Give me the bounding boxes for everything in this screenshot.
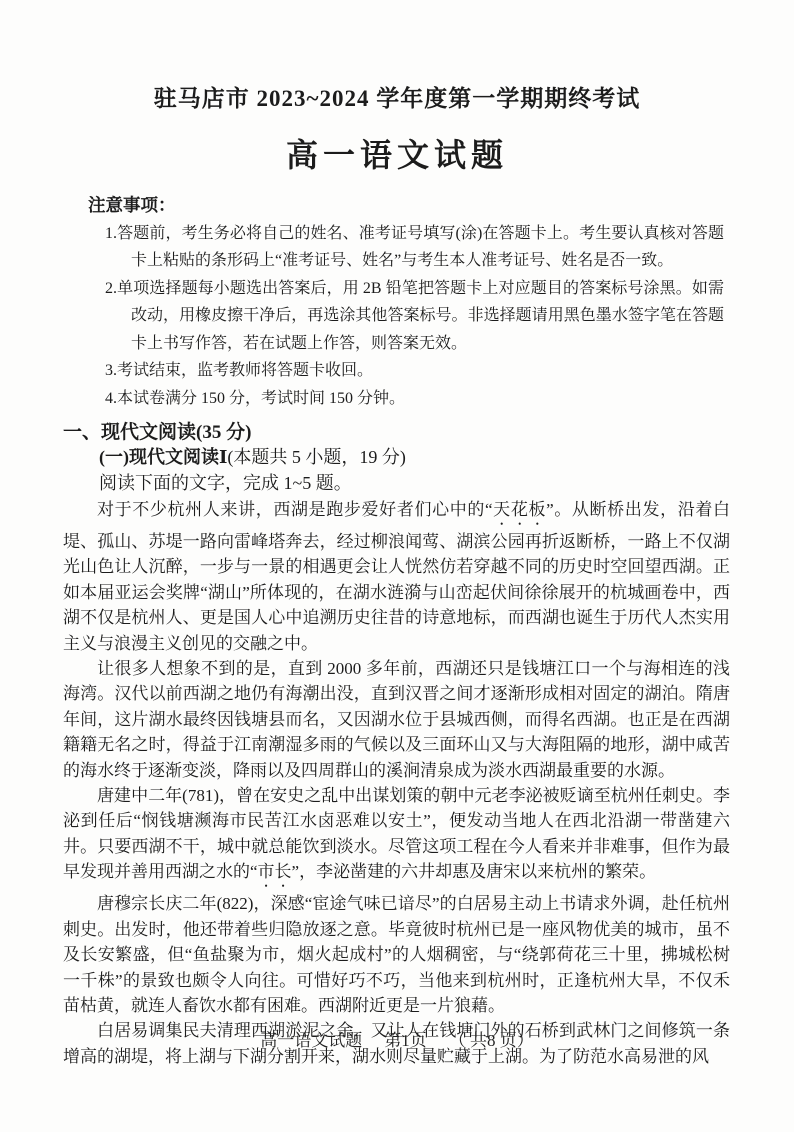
subsection-heading-bold: (一)现代文阅读Ⅰ xyxy=(99,447,227,467)
notice-section: 注意事项： 1.答题前，考生务必将自己的姓名、准考证号填写(涂)在答题卡上。考生… xyxy=(88,192,724,412)
notice-heading: 注意事项： xyxy=(88,192,724,220)
emphasis-word: 天花板 xyxy=(493,500,547,519)
subsection-heading-rest: (本题共 5 小题，19 分) xyxy=(227,447,406,467)
paragraph-text: 对于不少杭州人来讲，西湖是跑步爱好者们心中的“ xyxy=(97,500,493,519)
paragraph-text: ”。从断桥出发，沿着白堤、孤山、苏堤一路向雷峰塔奔去，经过柳浪闻莺、湖滨公园再折… xyxy=(63,500,730,653)
reading-instruction: 阅读下面的文字，完成 1~5 题。 xyxy=(63,471,730,497)
footer-paper-name: 高一语文试题 xyxy=(260,1031,362,1050)
notice-item: 4.本试卷满分 150 分，考试时间 150 分钟。 xyxy=(105,385,724,413)
emphasis-word: 市长 xyxy=(258,862,292,881)
subsection-heading: (一)现代文阅读Ⅰ(本题共 5 小题，19 分) xyxy=(63,445,730,471)
passage-paragraph: 唐穆宗长庆二年(822)，深感“宦途气味已谙尽”的白居易主动上书请求外调，赴任杭… xyxy=(63,891,730,1018)
reading-section: 一、现代文阅读(35 分) (一)现代文阅读Ⅰ(本题共 5 小题，19 分) 阅… xyxy=(0,420,794,1069)
passage-paragraph: 对于不少杭州人来讲，西湖是跑步爱好者们心中的“天花板”。从断桥出发，沿着白堤、孤… xyxy=(63,497,730,656)
passage-text: 对于不少杭州人来讲，西湖是跑步爱好者们心中的“天花板”。从断桥出发，沿着白堤、孤… xyxy=(63,497,730,1069)
notice-item: 1.答题前，考生务必将自己的姓名、准考证号填写(涂)在答题卡上。考生要认真核对答… xyxy=(105,220,724,275)
paper-title: 高一语文试题 xyxy=(0,130,794,176)
paragraph-text: ”，李泌凿建的六井却惠及唐宋以来杭州的繁荣。 xyxy=(292,862,657,881)
passage-paragraph: 唐建中二年(781)，曾在安史之乱中出谋划策的朝中元老李泌被贬谪至杭州任刺史。李… xyxy=(63,783,730,891)
exam-session-title: 驻马店市 2023~2024 学年度第一学期期终考试 xyxy=(0,0,794,113)
footer-page-number: 第1页 xyxy=(384,1031,427,1050)
notice-item: 3.考试结束，监考教师将答题卡收回。 xyxy=(105,357,724,385)
section-heading: 一、现代文阅读(35 分) xyxy=(63,420,730,445)
passage-paragraph: 让很多人想象不到的是，直到 2000 多年前，西湖还只是钱塘江口一个与海相连的浅… xyxy=(63,656,730,783)
footer-total-pages: （ 共8 页） xyxy=(449,1031,534,1050)
exam-paper-page: 驻马店市 2023~2024 学年度第一学期期终考试 高一语文试题 注意事项： … xyxy=(0,0,794,1132)
page-footer: 高一语文试题第1页（ 共8 页） xyxy=(0,1026,794,1051)
notice-item: 2.单项选择题每小题选出答案后，用 2B 铅笔把答题卡上对应题目的答案标号涂黑。… xyxy=(105,275,724,358)
